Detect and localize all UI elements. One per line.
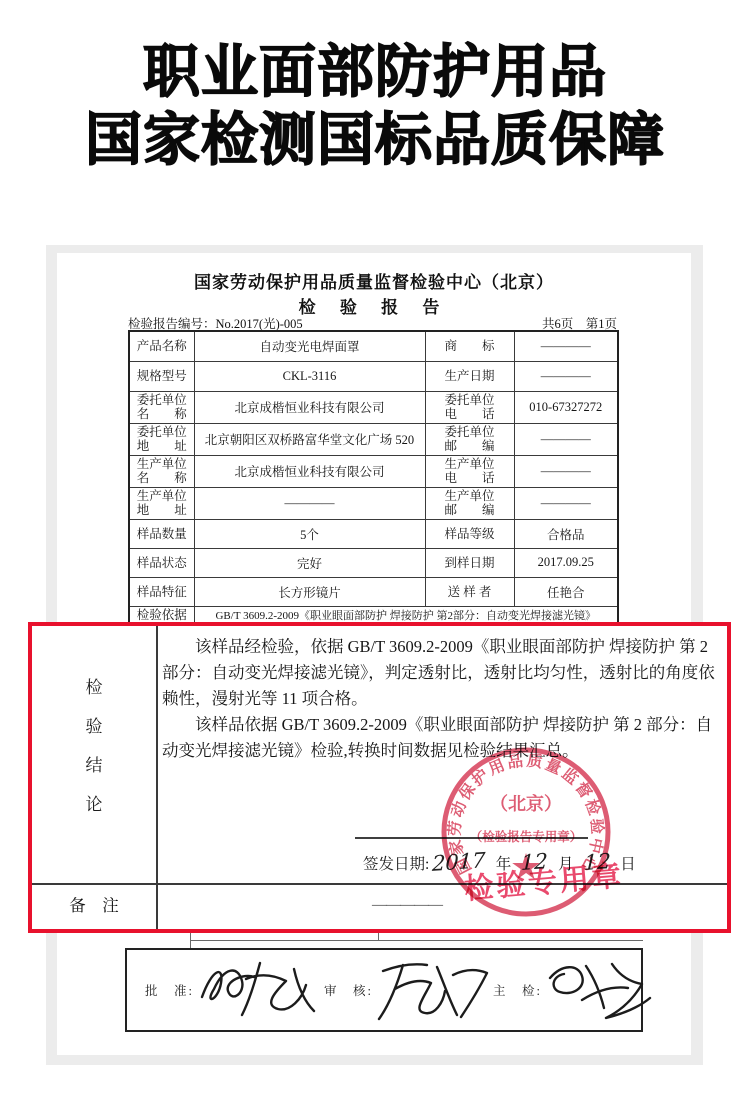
field-label: 规格型号 <box>129 361 194 391</box>
field-label: 委托单位 名 称 <box>129 391 194 423</box>
report-table: 产品名称 自动变光电焊面罩 商 标 ———— 规格型号 CKL-3116 生产日… <box>128 330 619 625</box>
field-value: 任艳合 <box>514 577 618 606</box>
table-row: 样品数量 5个 样品等级 合格品 <box>129 519 618 548</box>
inspection-center-name: 国家劳动保护用品质量监督检验中心（北京） <box>57 268 691 293</box>
field-label: 样品状态 <box>129 548 194 577</box>
field-label: 产品名称 <box>129 331 194 361</box>
chief-label: 主 检: <box>493 981 542 999</box>
field-label: 委托单位 电 话 <box>425 391 514 423</box>
table-row: 生产单位 名 称 北京成楷恒业科技有限公司 生产单位 电 话 ———— <box>129 455 618 487</box>
remark-value: ————— <box>372 897 442 914</box>
table-row: 样品状态 完好 到样日期 2017.09.25 <box>129 548 618 577</box>
banner-line-1: 职业面部防护用品 <box>0 38 750 106</box>
table-row: 规格型号 CKL-3116 生产日期 ———— <box>129 361 618 391</box>
field-value: 2017.09.25 <box>514 548 618 577</box>
field-label: 生产日期 <box>425 361 514 391</box>
field-label: 委托单位 地 址 <box>129 423 194 455</box>
table-row: 委托单位 地 址 北京朝阳区双桥路富华堂文化广场 520 委托单位 邮 编 ——… <box>129 423 618 455</box>
remark-label: 备 注 <box>32 892 156 916</box>
field-value: CKL-3116 <box>194 361 425 391</box>
conclusion-highlight-box: 检 验 结 论 该样品经检验，依据 GB/T 3609.2-2009《职业眼面部… <box>28 622 731 933</box>
seal-city-text: （北京） <box>490 793 562 814</box>
field-value: 北京成楷恒业科技有限公司 <box>194 455 425 487</box>
signoff-box: 批 准: 审 核: 主 检: <box>125 948 643 1032</box>
conclusion-paragraph-1: 该样品经检验，依据 GB/T 3609.2-2009《职业眼面部防护 焊接防护 … <box>162 634 722 712</box>
seal-subtitle-text: （检验报告专用章） <box>470 829 583 844</box>
conclusion-label: 检 验 结 论 <box>32 668 156 824</box>
field-label: 到样日期 <box>425 548 514 577</box>
field-value: 5个 <box>194 519 425 548</box>
table-line-remnant <box>190 940 643 941</box>
field-label: 生产单位 邮 编 <box>425 487 514 519</box>
table-row: 委托单位 名 称 北京成楷恒业科技有限公司 委托单位 电 话 010-67327… <box>129 391 618 423</box>
field-value: 010-67327272 <box>514 391 618 423</box>
field-value: 自动变光电焊面罩 <box>194 331 425 361</box>
issue-date-label: 签发日期: <box>363 852 429 874</box>
chief-signature <box>542 956 657 1024</box>
banner-line-2: 国家检测国标品质保障 <box>0 106 750 174</box>
field-value: 北京朝阳区双桥路富华堂文化广场 520 <box>194 423 425 455</box>
field-value: ———— <box>514 423 618 455</box>
field-value: 完好 <box>194 548 425 577</box>
field-label: 样品特征 <box>129 577 194 606</box>
field-label: 商 标 <box>425 331 514 361</box>
field-value: 北京成楷恒业科技有限公司 <box>194 391 425 423</box>
field-label: 样品等级 <box>425 519 514 548</box>
field-label: 送 样 者 <box>425 577 514 606</box>
field-value: ———— <box>514 361 618 391</box>
field-value: ———— <box>514 455 618 487</box>
approve-signature <box>194 957 324 1023</box>
table-row: 产品名称 自动变光电焊面罩 商 标 ———— <box>129 331 618 361</box>
field-label: 样品数量 <box>129 519 194 548</box>
field-value: ———— <box>514 487 618 519</box>
table-row: 生产单位 地 址 ———— 生产单位 邮 编 ———— <box>129 487 618 519</box>
banner: 职业面部防护用品 国家检测国标品质保障 <box>0 38 750 174</box>
field-label: 生产单位 名 称 <box>129 455 194 487</box>
field-value: 合格品 <box>514 519 618 548</box>
review-signature <box>373 955 493 1025</box>
field-value: ———— <box>514 331 618 361</box>
review-label: 审 核: <box>324 981 373 999</box>
table-row: 样品特征 长方形镜片 送 样 者 任艳合 <box>129 577 618 606</box>
field-label: 委托单位 邮 编 <box>425 423 514 455</box>
field-value: 长方形镜片 <box>194 577 425 606</box>
field-label: 生产单位 地 址 <box>129 487 194 519</box>
field-value: ———— <box>194 487 425 519</box>
field-label: 生产单位 电 话 <box>425 455 514 487</box>
approve-label: 批 准: <box>145 981 194 999</box>
